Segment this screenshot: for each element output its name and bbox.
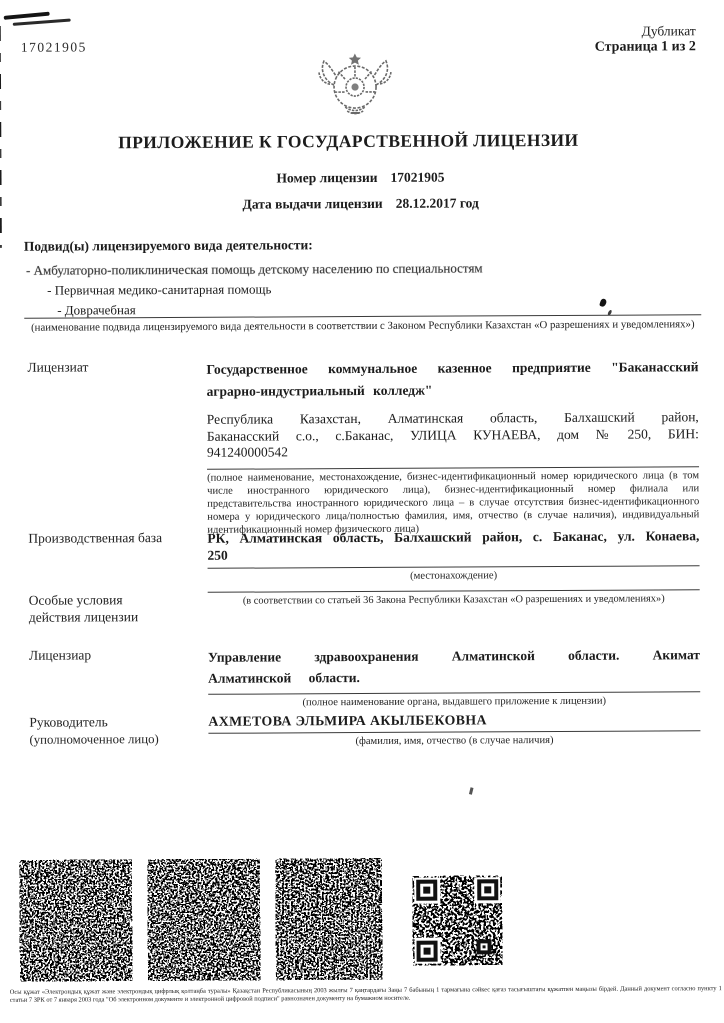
ink-scribble-artifact (13, 19, 71, 26)
special-conditions-caption: (в соответствии со статьей 36 Закона Рес… (208, 589, 700, 608)
page-title: ПРИЛОЖЕНИЕ К ГОСУДАРСТВЕННОЙ ЛИЦЕНЗИИ (0, 129, 698, 154)
page-number-label: Страница 1 из 2 (595, 39, 696, 55)
ink-speck (469, 787, 473, 794)
licensee-name: Государственное коммунальное казенное пр… (206, 356, 698, 403)
ink-scribble-artifact (4, 12, 50, 20)
head-person-caption: (фамилия, имя, отчество (в случае наличи… (208, 730, 700, 749)
ink-speck (599, 298, 607, 307)
subtype-item: - Доврачебная (57, 302, 136, 318)
license-number-row: Номер лицензии17021905 (0, 168, 723, 188)
head-person-label: Руководитель (уполномоченное лицо) (29, 714, 201, 748)
datamatrix-barcode-3 (275, 858, 383, 981)
datamatrix-barcode-1 (19, 859, 133, 982)
special-conditions-label: Особые условия действия лицензии (29, 592, 201, 626)
subtypes-caption: (наименование подвида лицензируемого вид… (24, 314, 701, 335)
qr-code (412, 875, 502, 965)
production-base-value: РК, Алматинская область, Балхашский райо… (207, 527, 699, 564)
license-number-value: 17021905 (390, 170, 444, 185)
head-person-name: АХМЕТОВА ЭЛЬМИРА АКЫЛБЕКОВНА (208, 711, 700, 733)
scanned-license-document: 17021905 Дубликат Страница 1 из 2 ПРИЛО (0, 0, 724, 1023)
head-person-row: Руководитель (уполномоченное лицо) АХМЕТ… (1, 711, 724, 715)
issue-date-label: Дата выдачи лицензии (242, 196, 382, 212)
footer-disclaimer: Осы құжат «Электрондық құжат және электр… (10, 985, 722, 1004)
coat-of-arms-icon (312, 50, 398, 118)
licensee-caption: (полное наименование, местонахождение, б… (207, 466, 699, 537)
licensee-label: Лицензиат (27, 359, 199, 376)
subtype-item: - Амбулаторно-поликлиническая помощь дет… (26, 260, 483, 278)
subtypes-heading: Подвид(ы) лицензируемого вида деятельнос… (24, 237, 313, 255)
licensee-address: Республика Казахстан, Алматинская област… (207, 409, 699, 461)
licensee-row: Лицензиат Государственное коммунальное к… (0, 356, 723, 360)
header-right-block: Дубликат Страница 1 из 2 (595, 23, 696, 55)
production-base-label: Производственная база (28, 530, 200, 547)
issue-date-value: 28.12.2017 год (396, 195, 479, 210)
location-caption: (местонахождение) (208, 565, 700, 584)
datamatrix-barcode-2 (147, 859, 261, 982)
licensor-value: Управление здравоохранения Алматинской о… (208, 644, 700, 689)
licensor-caption: (полное наименование органа, выдавшего п… (208, 691, 700, 710)
duplicate-label: Дубликат (595, 23, 696, 39)
licensor-row: Лицензиар Управление здравоохранения Алм… (1, 644, 724, 648)
license-number-label: Номер лицензии (276, 170, 377, 186)
licensor-label: Лицензиар (29, 647, 201, 664)
special-conditions-row: Особые условия действия лицензии (в соот… (1, 589, 724, 593)
license-number-top: 17021905 (21, 39, 87, 55)
subtype-item: - Первичная медико-санитарная помощь (47, 281, 271, 298)
issue-date-row: Дата выдачи лицензии28.12.2017 год (0, 194, 723, 214)
